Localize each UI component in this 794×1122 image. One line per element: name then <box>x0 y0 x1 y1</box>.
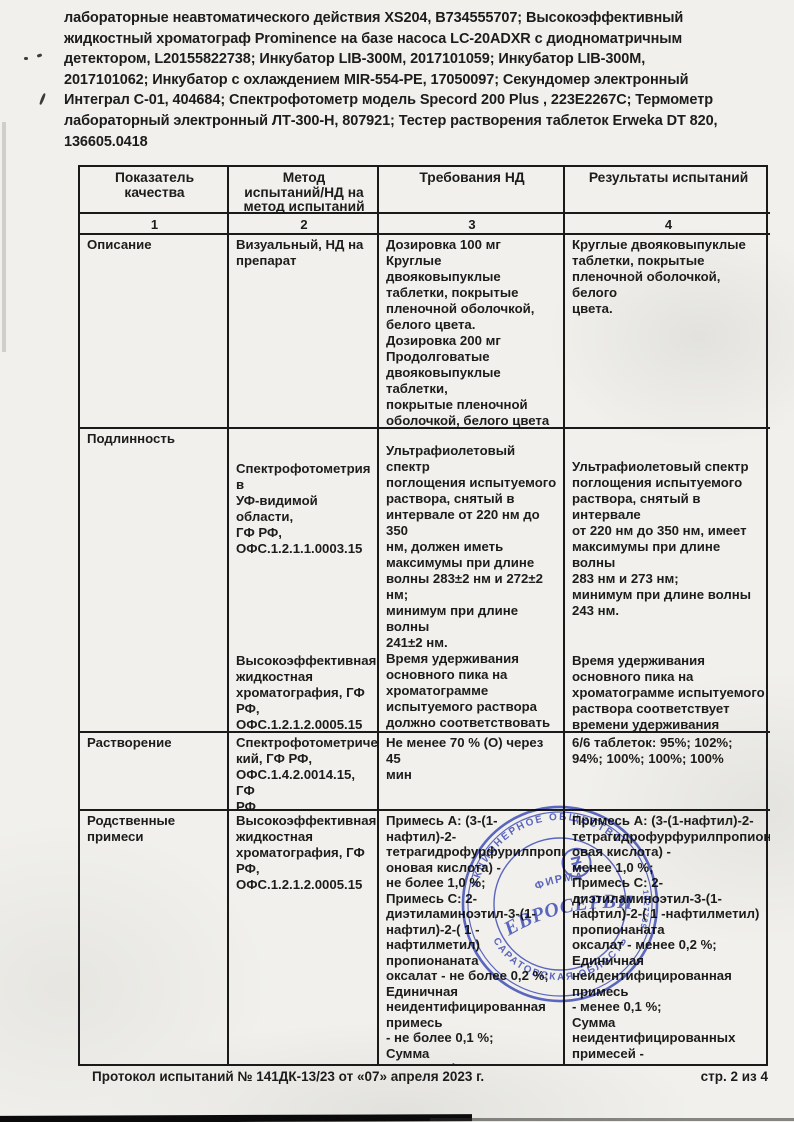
cell-dissolution-method: Спектрофотометричес кий, ГФ РФ, ОФС.1.4.… <box>229 733 379 811</box>
footer-page-number: стр. 2 из 4 <box>701 1069 768 1084</box>
column-number: 4 <box>565 214 770 235</box>
row-label-description: Описание <box>80 235 229 429</box>
identity-method-spectrophotometry: Спектрофотометрия в УФ-видимой области, … <box>236 461 372 557</box>
row-label-identity: Подлинность <box>80 429 229 733</box>
pen-dot-mark <box>24 57 28 60</box>
pen-tick-mark <box>39 93 46 105</box>
cell-identity-result: Ультрафиолетовый спектр поглощения испыт… <box>565 429 770 733</box>
equipment-list-paragraph: лабораторные неавтоматического действия … <box>64 8 770 152</box>
column-number: 1 <box>80 214 229 235</box>
page-footer: Протокол испытаний № 141ДК-13/23 от «07»… <box>78 1069 768 1084</box>
cell-identity-method: Спектрофотометрия в УФ-видимой области, … <box>229 429 379 733</box>
table-header-test-results: Результаты испытаний <box>565 167 770 214</box>
scan-edge-artifact <box>2 122 6 352</box>
column-number: 2 <box>229 214 379 235</box>
row-label-dissolution: Растворение <box>80 733 229 811</box>
row-label-related-impurities: Родственные примеси <box>80 811 229 1064</box>
scan-bottom-bar <box>0 1114 472 1122</box>
identity-method-hplc: Высокоэффективная жидкостная хроматограф… <box>236 653 372 733</box>
identity-result-retention-time: Время удерживания основного пика на хром… <box>572 653 765 733</box>
pen-dot-mark <box>37 53 43 58</box>
table-header-quality-indicator: Показатель качества <box>80 167 229 214</box>
cell-description-method: Визуальный, НД на препарат <box>229 235 379 429</box>
cell-description-requirement: Дозировка 100 мг Круглые двояковыпуклые … <box>379 235 565 429</box>
scan-bottom-bar-faded <box>430 1118 794 1121</box>
footer-protocol-number: Протокол испытаний № 141ДК-13/23 от «07»… <box>92 1069 484 1084</box>
column-number: 3 <box>379 214 565 235</box>
cell-dissolution-requirement: Не менее 70 % (O) через 45 мин <box>379 733 565 811</box>
table-header-nd-requirements: Требования НД <box>379 167 565 214</box>
cell-description-result: Круглые двояковыпуклые таблетки, покрыты… <box>565 235 770 429</box>
cell-impurities-method: Высокоэффективная жидкостная хроматограф… <box>229 811 379 1064</box>
cell-identity-requirement: Ультрафиолетовый спектр поглощения испыт… <box>379 429 565 733</box>
table-header-method: Метод испытаний/НД на метод испытаний <box>229 167 379 214</box>
identity-result-uv-spectrum: Ультрафиолетовый спектр поглощения испыт… <box>572 459 765 619</box>
